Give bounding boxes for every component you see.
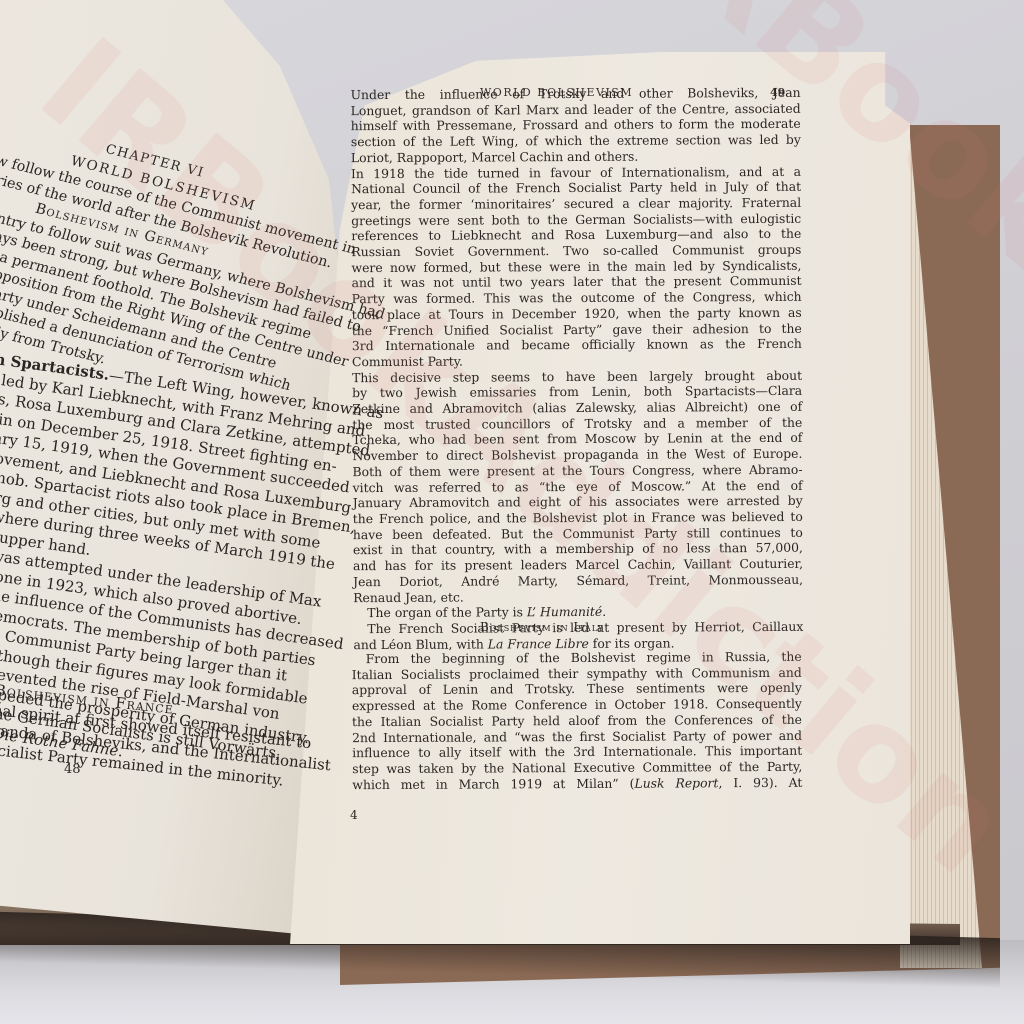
text-line: took place at Tours in December 1920, wh… xyxy=(352,305,802,323)
text-line: Both of them were present at the Tours C… xyxy=(352,462,802,480)
text-line: 3rd Internationale and became officially… xyxy=(352,336,802,354)
right-page-body: Under the influence of Trotsky and other… xyxy=(351,85,804,653)
italy-section-body: From the beginning of the Bolshevist reg… xyxy=(352,649,803,793)
section-heading-italy: Bolshevism in Italy xyxy=(480,620,604,634)
text-line: year, the former ‘minoritaires’ secured … xyxy=(351,195,801,213)
signature-mark: 4 xyxy=(350,808,358,822)
organ-title: La France Libre xyxy=(488,636,589,652)
text-line: Jean Doriot, André Marty, Sémard, Treint… xyxy=(353,572,803,590)
text-line: the French police, and the Bolshevist pl… xyxy=(353,509,803,527)
text-line: section of the Left Wing, of which the e… xyxy=(351,132,801,150)
organ-title: L’ Humanité xyxy=(527,604,602,619)
page-number-left: 48 xyxy=(64,762,81,777)
citation: Lusk Report xyxy=(634,775,718,790)
text-line: the Italian Socialist Party held aloof f… xyxy=(352,712,802,730)
text-line: which met in March 1919 at Milan” (Lusk … xyxy=(352,774,802,792)
